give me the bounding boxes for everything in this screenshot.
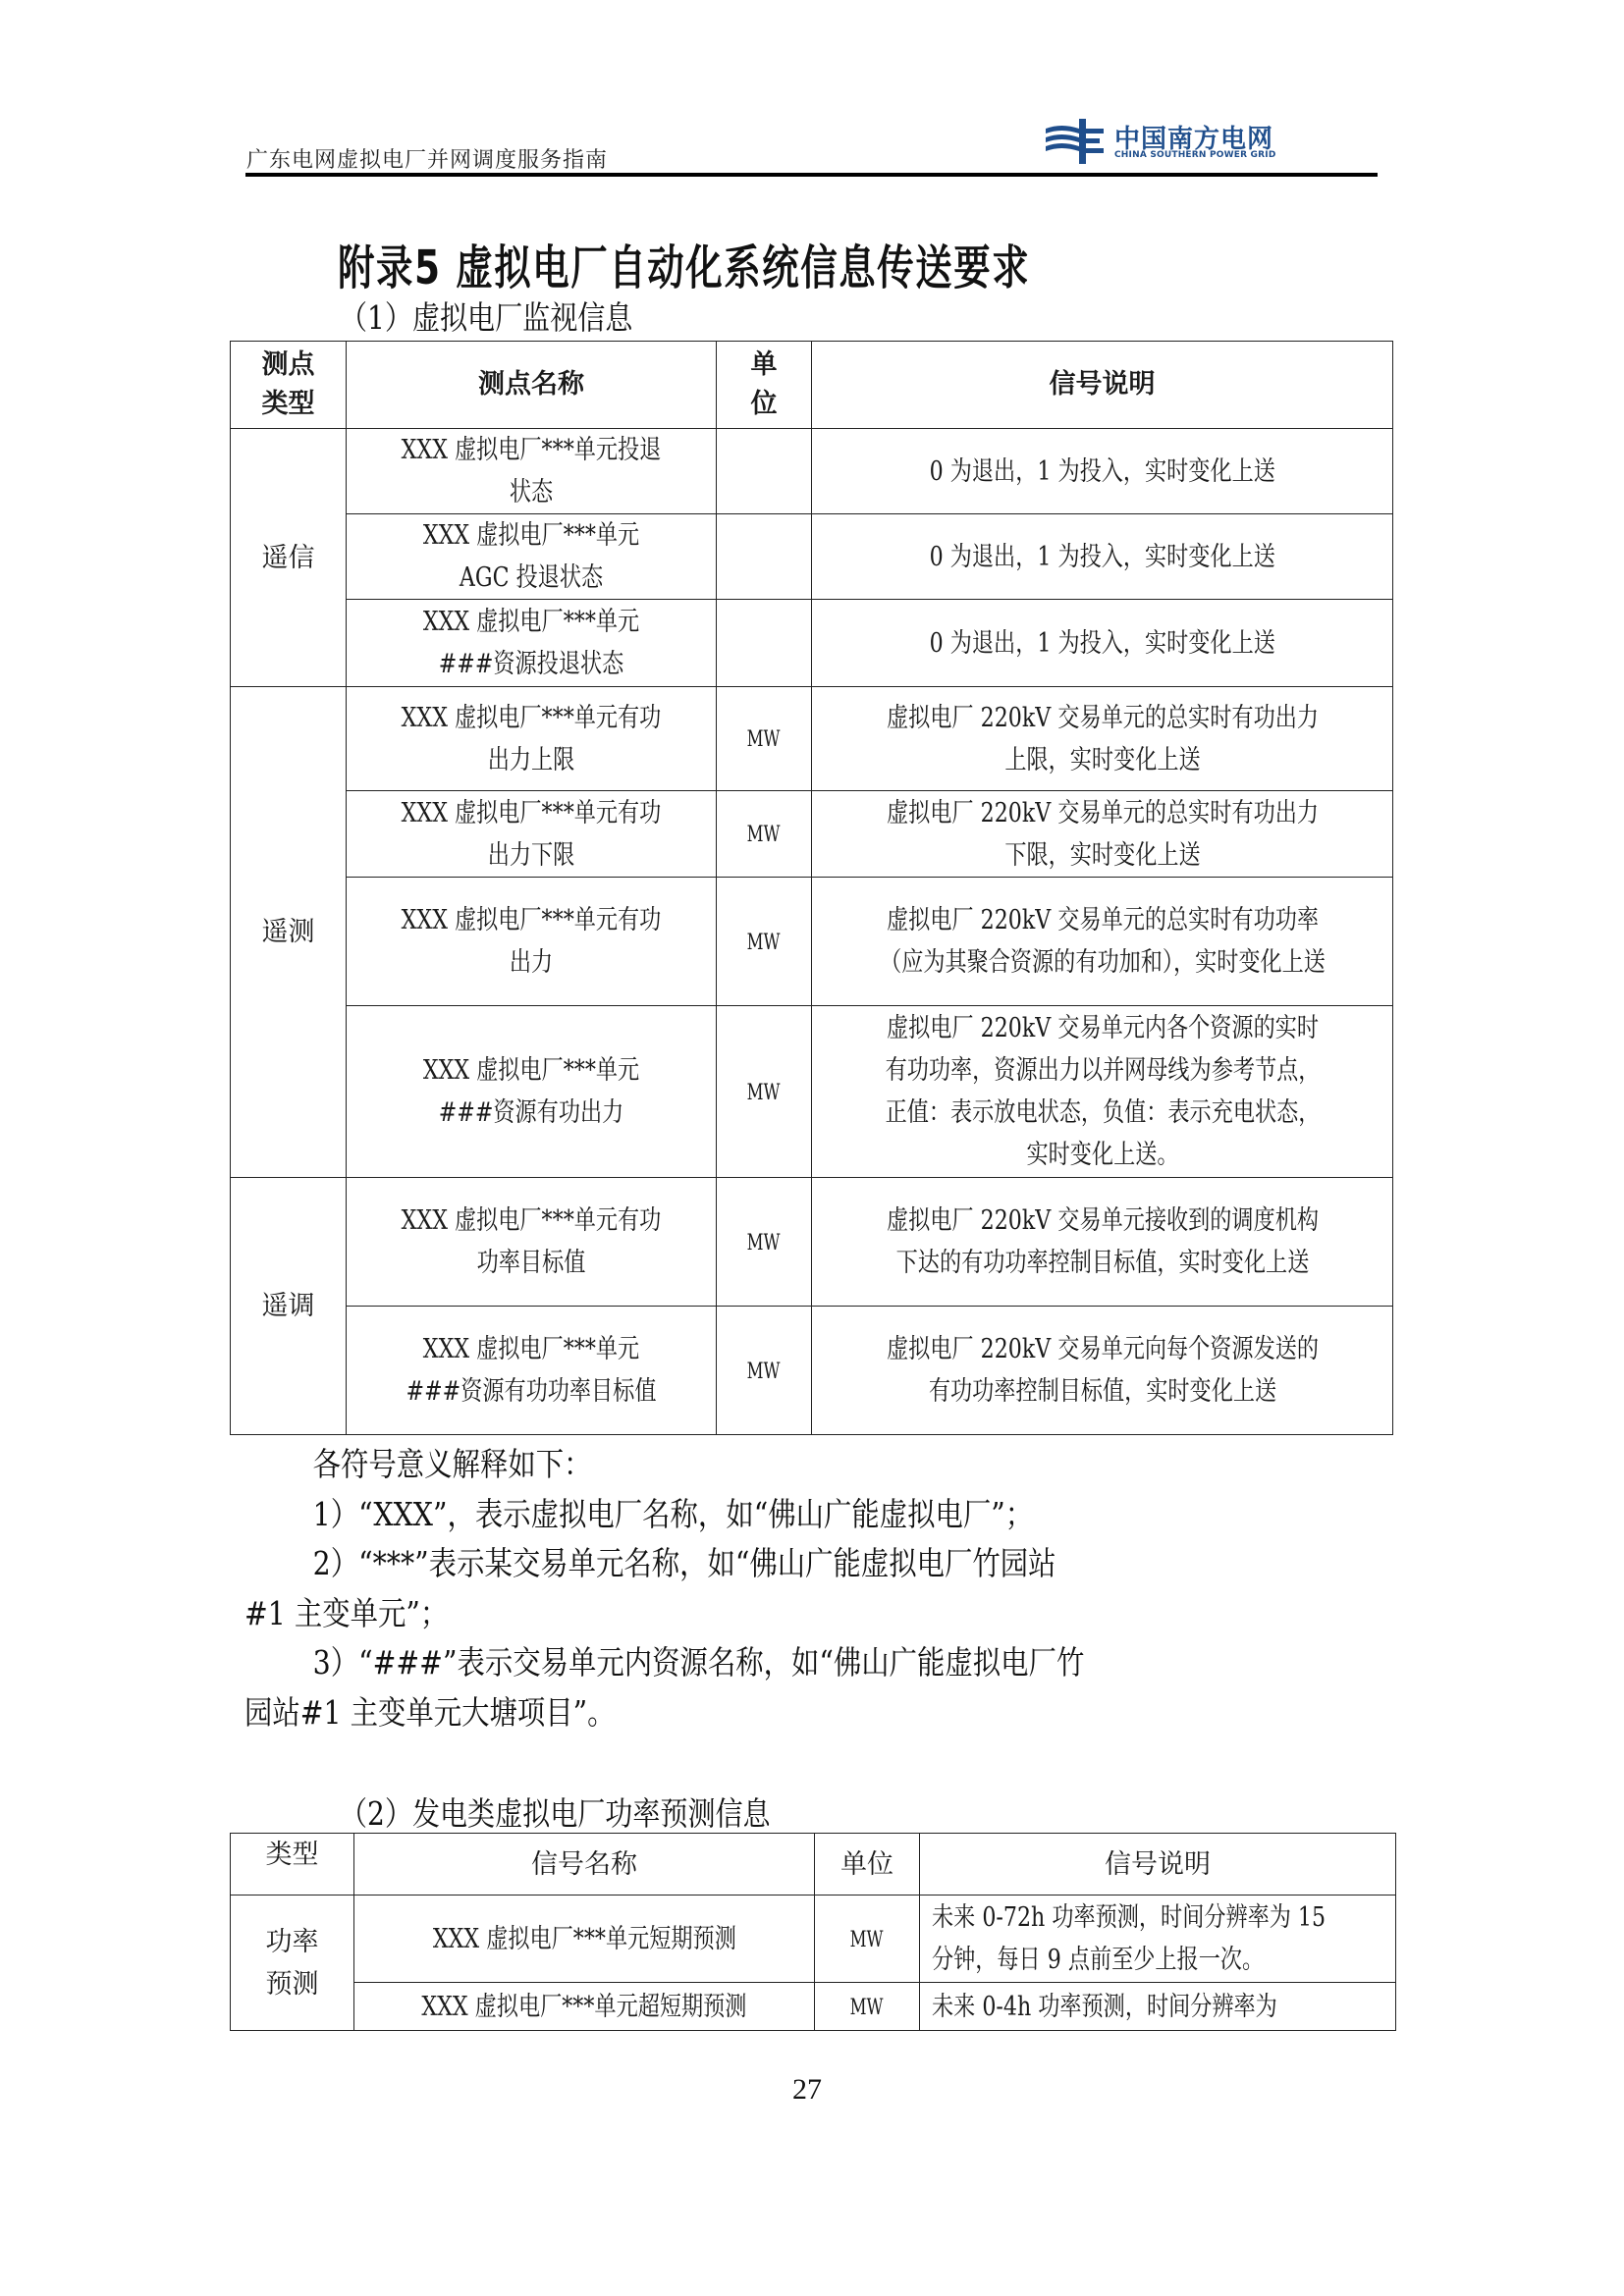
unit-cell: MW xyxy=(717,1307,812,1435)
unit-cell: MW xyxy=(717,687,812,791)
signal-desc-cell: 0 为退出，1 为投入，实时变化上送 xyxy=(812,514,1393,600)
group-type-cell: 遥调 xyxy=(231,1178,347,1435)
signal-desc-cell: 虚拟电厂 220kV 交易单元接收到的调度机构下达的有功功率控制目标值，实时变化… xyxy=(812,1178,1393,1307)
table-row: 功率预测 XXX 虚拟电厂***单元短期预测 MW 未来 0-72h 功率预测，… xyxy=(231,1896,1396,1983)
signal-desc-cell: 虚拟电厂 220kV 交易单元的总实时有功出力上限，实时变化上送 xyxy=(812,687,1393,791)
signal-name-cell: XXX 虚拟电厂***单元超短期预测 xyxy=(354,1983,815,2031)
signal-desc-cell: 未来 0-4h 功率预测，时间分辨率为 xyxy=(920,1983,1396,2031)
note-item-3-cont: 园站#1 主变单元大塘项目”。 xyxy=(244,1688,1232,1738)
appendix-title: 附录5 虚拟电厂自动化系统信息传送要求 xyxy=(338,230,1030,297)
signal-desc-cell: 0 为退出，1 为投入，实时变化上送 xyxy=(812,429,1393,514)
table-row: 遥调 XXX 虚拟电厂***单元有功功率目标值 MW 虚拟电厂 220kV 交易… xyxy=(231,1178,1393,1307)
unit-cell: MW xyxy=(717,1006,812,1178)
header-cell-desc: 信号说明 xyxy=(812,342,1393,429)
header-cell-type: 类型 xyxy=(231,1834,354,1896)
table-row: XXX 虚拟电厂***单元有功出力 MW 虚拟电厂 220kV 交易单元的总实时… xyxy=(231,878,1393,1006)
signal-desc-cell: 未来 0-72h 功率预测，时间分辨率为 15 分钟，每日 9 点前至少上报一次… xyxy=(920,1896,1396,1983)
notes-intro: 各符号意义解释如下： xyxy=(244,1440,1232,1490)
unit-cell: MW xyxy=(717,878,812,1006)
table-row: XXX 虚拟电厂***单元###资源有功功率目标值 MW 虚拟电厂 220kV … xyxy=(231,1307,1393,1435)
header-cell-unit: 单位 xyxy=(815,1834,920,1896)
note-item-3: 3）“###”表示交易单元内资源名称，如“佛山广能虚拟电厂竹 xyxy=(244,1638,1232,1688)
note-item-2: 2）“***”表示某交易单元名称，如“佛山广能虚拟电厂竹园站 xyxy=(244,1539,1232,1589)
monitoring-info-table: 测点类型 测点名称 单位 信号说明 遥信 XXX 虚拟电厂***单元投退状态 0… xyxy=(230,341,1393,1435)
table-row: XXX 虚拟电厂***单元超短期预测 MW 未来 0-4h 功率预测，时间分辨率… xyxy=(231,1983,1396,2031)
running-header-title: 广东电网虚拟电厂并网调度服务指南 xyxy=(246,143,608,174)
header-cell-type: 测点类型 xyxy=(231,342,347,429)
point-name-cell: XXX 虚拟电厂***单元有功出力下限 xyxy=(347,791,717,878)
signal-desc-cell: 虚拟电厂 220kV 交易单元的总实时有功功率（应为其聚合资源的有功加和），实时… xyxy=(812,878,1393,1006)
point-name-cell: XXX 虚拟电厂***单元###资源有功功率目标值 xyxy=(347,1307,717,1435)
point-name-cell: XXX 虚拟电厂***单元有功出力 xyxy=(347,878,717,1006)
unit-cell xyxy=(717,600,812,687)
power-forecast-table: 类型 信号名称 单位 信号说明 功率预测 XXX 虚拟电厂***单元短期预测 M… xyxy=(230,1833,1396,2031)
point-name-cell: XXX 虚拟电厂***单元###资源有功出力 xyxy=(347,1006,717,1178)
section-2-heading: （2）发电类虚拟电厂功率预测信息 xyxy=(340,1789,771,1835)
table-header-row: 类型 信号名称 单位 信号说明 xyxy=(231,1834,1396,1896)
logo-text-en: CHINA SOUTHERN POWER GRID xyxy=(1114,150,1276,160)
signal-desc-cell: 虚拟电厂 220kV 交易单元内各个资源的实时有功功率，资源出力以并网母线为参考… xyxy=(812,1006,1393,1178)
table-row: XXX 虚拟电厂***单元有功出力下限 MW 虚拟电厂 220kV 交易单元的总… xyxy=(231,791,1393,878)
unit-cell xyxy=(717,429,812,514)
header-cell-desc: 信号说明 xyxy=(920,1834,1396,1896)
group-type-cell: 遥测 xyxy=(231,687,347,1178)
unit-cell xyxy=(717,514,812,600)
table-header-row: 测点类型 测点名称 单位 信号说明 xyxy=(231,342,1393,429)
point-name-cell: XXX 虚拟电厂***单元投退状态 xyxy=(347,429,717,514)
unit-cell: MW xyxy=(815,1896,920,1983)
table-row: XXX 虚拟电厂***单元###资源投退状态 0 为退出，1 为投入，实时变化上… xyxy=(231,600,1393,687)
point-name-cell: XXX 虚拟电厂***单元有功功率目标值 xyxy=(347,1178,717,1307)
signal-desc-cell: 虚拟电厂 220kV 交易单元向每个资源发送的有功功率控制目标值，实时变化上送 xyxy=(812,1307,1393,1435)
group-type-cell: 功率预测 xyxy=(231,1896,354,2031)
table-row: XXX 虚拟电厂***单元###资源有功出力 MW 虚拟电厂 220kV 交易单… xyxy=(231,1006,1393,1178)
section-1-heading: （1）虚拟电厂监视信息 xyxy=(340,293,632,339)
note-item-2-cont: #1 主变单元”； xyxy=(244,1589,1232,1639)
table-row: 遥测 XXX 虚拟电厂***单元有功出力上限 MW 虚拟电厂 220kV 交易单… xyxy=(231,687,1393,791)
signal-name-cell: XXX 虚拟电厂***单元短期预测 xyxy=(354,1896,815,1983)
page-number: 27 xyxy=(792,2073,822,2107)
point-name-cell: XXX 虚拟电厂***单元有功出力上限 xyxy=(347,687,717,791)
unit-cell: MW xyxy=(717,1178,812,1307)
unit-cell: MW xyxy=(815,1983,920,2031)
china-southern-power-grid-logo-icon xyxy=(1044,119,1107,164)
table-row: XXX 虚拟电厂***单元AGC 投退状态 0 为退出，1 为投入，实时变化上送 xyxy=(231,514,1393,600)
header-cell-name: 信号名称 xyxy=(354,1834,815,1896)
note-item-1: 1）“XXX”，表示虚拟电厂名称，如“佛山广能虚拟电厂”； xyxy=(244,1490,1232,1540)
company-logo: 中国南方电网 CHINA SOUTHERN POWER GRID xyxy=(1044,119,1270,164)
header-cell-unit: 单位 xyxy=(717,342,812,429)
signal-desc-cell: 虚拟电厂 220kV 交易单元的总实时有功出力下限，实时变化上送 xyxy=(812,791,1393,878)
group-type-cell: 遥信 xyxy=(231,429,347,687)
point-name-cell: XXX 虚拟电厂***单元###资源投退状态 xyxy=(347,600,717,687)
table-row: 遥信 XXX 虚拟电厂***单元投退状态 0 为退出，1 为投入，实时变化上送 xyxy=(231,429,1393,514)
header-rule xyxy=(245,173,1378,177)
header-cell-name: 测点名称 xyxy=(347,342,717,429)
signal-desc-cell: 0 为退出，1 为投入，实时变化上送 xyxy=(812,600,1393,687)
unit-cell: MW xyxy=(717,791,812,878)
symbol-notes: 各符号意义解释如下： 1）“XXX”，表示虚拟电厂名称，如“佛山广能虚拟电厂”；… xyxy=(244,1440,1393,1737)
point-name-cell: XXX 虚拟电厂***单元AGC 投退状态 xyxy=(347,514,717,600)
